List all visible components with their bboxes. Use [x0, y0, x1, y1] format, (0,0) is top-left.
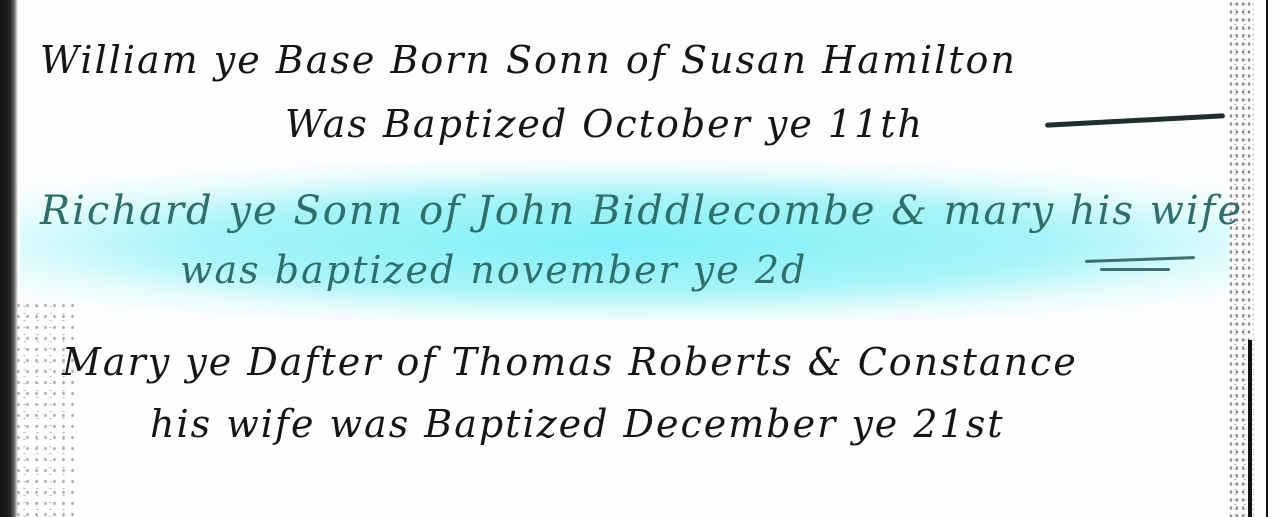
register-page: William ye Base Born Sonn of Susan Hamil… — [0, 0, 1277, 517]
margin-rule-lower — [1248, 340, 1252, 517]
line-end-flourish — [1100, 268, 1170, 271]
page-stain-left — [14, 300, 74, 517]
entry-1-line-1: William ye Base Born Sonn of Susan Hamil… — [40, 38, 1017, 82]
entry-2-line-2: was baptized november ye 2d — [180, 248, 807, 292]
entry-1-line-2: Was Baptized October ye 11th — [285, 102, 924, 146]
entry-3-line-2: his wife was Baptized December ye 21st — [150, 402, 1005, 446]
margin-rule — [1266, 0, 1268, 517]
entry-3-line-1: Mary ye Dafter of Thomas Roberts & Const… — [62, 340, 1078, 384]
line-end-flourish — [1045, 113, 1225, 127]
entry-2-line-1: Richard ye Sonn of John Biddlecombe & ma… — [40, 188, 1243, 234]
highlight-band — [20, 160, 1230, 320]
